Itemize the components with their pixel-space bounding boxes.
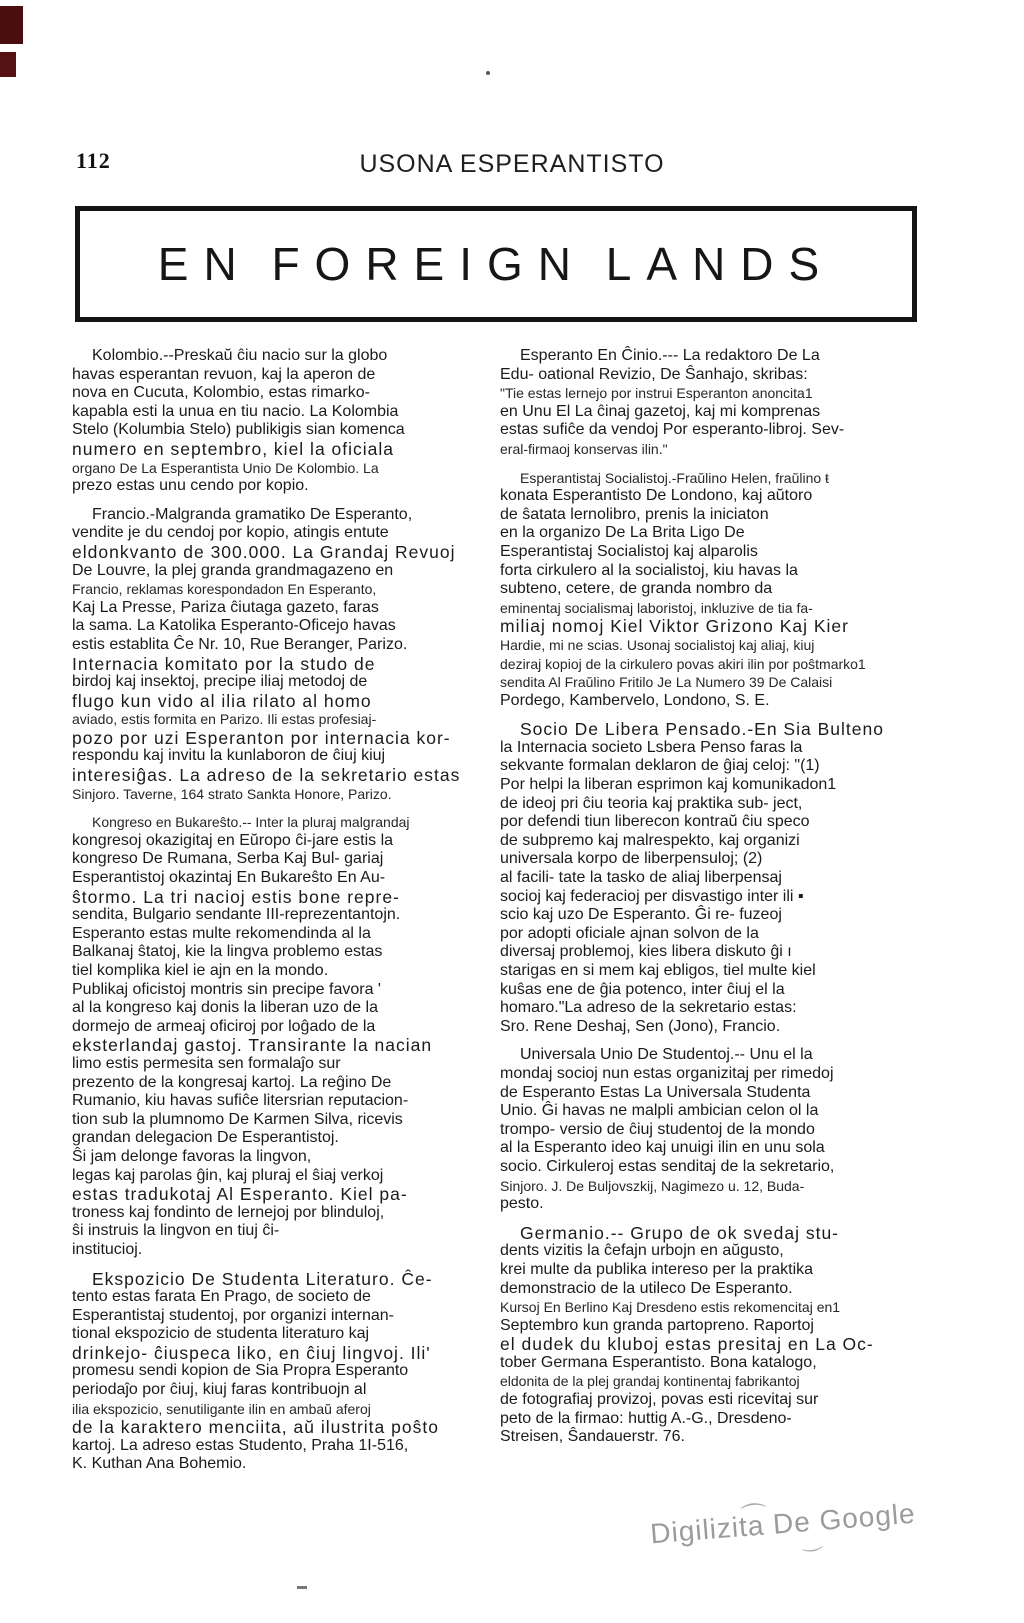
text-line: flugo kun vido al ilia rilato al homo <box>72 692 500 711</box>
text-line: por defendi tiun liberecon kontraŭ ĉiu s… <box>500 813 948 832</box>
text-line: K. Kuthan Ana Bohemio. <box>72 1455 500 1474</box>
banner-box: EN FOREIGN LANDS <box>75 206 917 322</box>
text-line: grandan delegacion De Esperantistoj. <box>72 1129 500 1148</box>
text-line: kuŝas ene de ĝia potenco, inter ĉiuj el … <box>500 981 948 1000</box>
text-line: de ŝatata lernolibro, prenis la iniciato… <box>500 506 948 525</box>
text-line: ŝi instruis la lingvon en tiuj ĉi- <box>72 1222 500 1241</box>
text-line: sekvante formalan deklaron de ĝiaj celoj… <box>500 757 948 776</box>
text-line: Streisen, Ŝandauerstr. 76. <box>500 1428 948 1447</box>
text-line: Ekspozicio De Studenta Literaturo. Ĉe- <box>72 1270 500 1289</box>
scan-artifact-mark <box>0 6 23 44</box>
text-line: Universala Unio De Studentoj.-- Unu el l… <box>500 1046 948 1065</box>
text-line: dents vizitis la ĉefajn urbojn en aŭgust… <box>500 1242 948 1261</box>
text-line: Rumanio, kiu havas sufiĉe litersrian rep… <box>72 1092 500 1111</box>
text-line: ilia ekspozicio, senutiligante ilin en a… <box>72 1400 500 1419</box>
text-line: pozo por uzi Esperanton por internacia k… <box>72 729 500 748</box>
text-line: prezento de la kongresaj kartoj. La reĝi… <box>72 1074 500 1093</box>
text-line: dormejo de armeaj oficiroj por loĝado de… <box>72 1018 500 1037</box>
text-line: al facili- tate la tasko de aliaj liberp… <box>500 869 948 888</box>
column-left: Kolombio.--Preskaŭ ĉiu nacio sur la glob… <box>72 347 500 1484</box>
text-line: sendita Al Fraŭlino Fritilo Je La Numero… <box>500 673 948 692</box>
paragraph: Esperanto En Ĉinio.--- La redaktoro De L… <box>500 347 948 459</box>
paragraph: Ekspozicio De Studenta Literaturo. Ĉe-te… <box>72 1270 500 1475</box>
text-line: la Internacia societo Lsbera Penso faras… <box>500 739 948 758</box>
watermark: Digilizita De Google ⌒ ⌒ <box>649 1498 917 1551</box>
text-line: promesu sendi kopion de Sia Propra Esper… <box>72 1362 500 1381</box>
text-line: Balkanaj ŝtatoj, kie la lingva problemo … <box>72 943 500 962</box>
text-line: mondaj socioj nun estas organizitaj per … <box>500 1065 948 1084</box>
text-line: eminentaj socialismaj laboristoj, inkluz… <box>500 599 948 618</box>
text-line: trompo- versio de ĉiuj studentoj de la m… <box>500 1121 948 1140</box>
text-line: Kursoj En Berlino Kaj Dresdeno estis rek… <box>500 1298 948 1317</box>
text-line: Esperantistaj Socialistoj kaj alparolis <box>500 543 948 562</box>
text-line: tento estas farata En Prago, de societo … <box>72 1288 500 1307</box>
text-line: Germanio.-- Grupo de ok svedaj stu- <box>500 1224 948 1243</box>
text-line: Ŝi jam delonge favoras la lingvon, <box>72 1148 500 1167</box>
paragraph: Francio.-Malgranda gramatiko De Esperant… <box>72 506 500 804</box>
paragraph: Germanio.-- Grupo de ok svedaj stu-dents… <box>500 1224 948 1447</box>
journal-title: USONA ESPERANTISTO <box>0 150 1024 179</box>
scan-speck <box>297 1586 307 1589</box>
text-line: pesto. <box>500 1195 948 1214</box>
text-line: interesiĝas. La adreso de la sekretario … <box>72 766 500 785</box>
text-line: konata Esperantisto De Londono, kaj aŭto… <box>500 487 948 506</box>
text-line: birdoj kaj insektoj, precipe iliaj metod… <box>72 673 500 692</box>
text-line: Por helpi la liberan esprimon kaj komuni… <box>500 776 948 795</box>
text-line: en Unu El La ĉinaj gazetoj, kaj mi kompr… <box>500 403 948 422</box>
text-line: la sama. La Katolika Esperanto-Oficejo h… <box>72 617 500 636</box>
text-line: diversaj problemoj, kies libera diskuto … <box>500 943 948 962</box>
text-line: Kolombio.--Preskaŭ ĉiu nacio sur la glob… <box>72 347 500 366</box>
text-line: Internacia komitato por la studo de <box>72 655 500 674</box>
scan-artifact-mark <box>0 52 16 77</box>
banner-title: EN FOREIGN LANDS <box>158 237 834 291</box>
text-line: "Tie estas lernejo por instrui Esperanto… <box>500 384 948 403</box>
text-line: numero en septembro, kiel la oficiala <box>72 440 500 459</box>
text-line: Esperantistaj Socialistoj.-Fraŭlino Hele… <box>500 469 948 488</box>
text-line: starigas en si mem kaj ebligos, tiel mul… <box>500 962 948 981</box>
text-line: Esperantistoj okazintaj En Bukareŝto En … <box>72 869 500 888</box>
text-line: prezo estas unu cendo por kopio. <box>72 477 500 496</box>
text-line: institucioj. <box>72 1241 500 1260</box>
text-line: de subpremo kaj malrespekto, kaj organiz… <box>500 832 948 851</box>
text-line: Hardie, mi ne scias. Usonaj socialistoj … <box>500 636 948 655</box>
watermark-text: Digilizita De Google <box>649 1498 917 1550</box>
text-line: estas sufiĉe da vendoj Por esperanto-lib… <box>500 421 948 440</box>
text-line: forta cirkulero al la socialistoj, kiu h… <box>500 562 948 581</box>
text-line: troness kaj fondinto de lernejoj por bli… <box>72 1204 500 1223</box>
text-line: deziraj kopioj de la cirkulero povas aki… <box>500 655 948 674</box>
paragraph: Esperantistaj Socialistoj.-Fraŭlino Hele… <box>500 469 948 711</box>
text-line: Septembro kun granda partopreno. Raporto… <box>500 1317 948 1336</box>
text-line: de la karaktero menciita, aŭ ilustrita p… <box>72 1418 500 1437</box>
text-line: havas esperantan revuon, kaj la aperon d… <box>72 366 500 385</box>
text-line: tober Germana Esperantisto. Bona katalog… <box>500 1354 948 1373</box>
text-line: socio. Cirkuleroj estas senditaj de la s… <box>500 1158 948 1177</box>
text-line: vendite je du cendoj por kopio, atingis … <box>72 524 500 543</box>
text-line: estas tradukotaj Al Esperanto. Kiel pa- <box>72 1185 500 1204</box>
text-line: Sinjoro. Taverne, 164 strato Sankta Hono… <box>72 785 500 804</box>
text-line: Unio. Ĝi havas ne malpli ambician celon … <box>500 1102 948 1121</box>
text-line: Esperanto En Ĉinio.--- La redaktoro De L… <box>500 347 948 366</box>
text-line: periodaĵo por ĉiuj, kiuj faras kontribuo… <box>72 1381 500 1400</box>
text-line: estis establita Ĉe Nr. 10, Rue Beranger,… <box>72 636 500 655</box>
text-line: sendita, Bulgario sendante III-reprezent… <box>72 906 500 925</box>
text-line: de ideoj pri ĉiu teoria kaj praktika sub… <box>500 795 948 814</box>
paragraph: Universala Unio De Studentoj.-- Unu el l… <box>500 1046 948 1213</box>
text-line: De Louvre, la plej granda grandmagazeno … <box>72 562 500 581</box>
text-line: socioj kaj federacioj per disvastigo int… <box>500 888 948 907</box>
text-line: tional ekspozicio de studenta literaturo… <box>72 1325 500 1344</box>
text-line: demonstracio de la utileco De Esperanto. <box>500 1280 948 1299</box>
text-line: tiel komplika kiel ie ajn en la mondo. <box>72 962 500 981</box>
text-line: de fotografiaj provizoj, povas esti rice… <box>500 1391 948 1410</box>
text-line: Esperanto estas multe rekomendinda al la <box>72 925 500 944</box>
text-line: kapabla esti la unua en tiu nacio. La Ko… <box>72 403 500 422</box>
watermark-artifact: ⌒ <box>797 1524 825 1558</box>
text-line: tion sub la plumnomo De Karmen Silva, ri… <box>72 1111 500 1130</box>
text-line: universala korpo de liberpensuloj; (2) <box>500 850 948 869</box>
text-line: Edu- oational Revizio, De Ŝanhajo, skrib… <box>500 366 948 385</box>
text-line: legas kaj parolas ĝin, kaj pluraj el ŝia… <box>72 1167 500 1186</box>
text-line: drinkejo- ĉiuspeca liko, en ĉiuj lingvoj… <box>72 1344 500 1363</box>
text-line: Esperantistaj studentoj, por organizi in… <box>72 1307 500 1326</box>
text-line: Francio.-Malgranda gramatiko De Esperant… <box>72 506 500 525</box>
paragraph: Socio De Libera Pensado.-En Sia Bultenol… <box>500 720 948 1036</box>
paragraph: Kongreso en Bukareŝto.-- Inter la pluraj… <box>72 813 500 1259</box>
text-line: al la kongreso kaj donis la liberan uzo … <box>72 999 500 1018</box>
text-line: kongreso De Rumana, Serba Kaj Bul- garia… <box>72 850 500 869</box>
text-line: ŝtormo. La tri nacioj estis bone repre- <box>72 888 500 907</box>
text-line: peto de la firmao: huttig A.-G., Dresden… <box>500 1410 948 1429</box>
text-line: aviado, estis formita en Parizo. Ili est… <box>72 710 500 729</box>
text-line: nova en Cucuta, Kolombio, estas rimarko- <box>72 384 500 403</box>
text-line: al la Esperanto ideo kaj unuigi ilin en … <box>500 1139 948 1158</box>
text-line: Sinjoro. J. De Buljovszkij, Nagimezo u. … <box>500 1177 948 1196</box>
text-line: Stelo (Kolumbia Stelo) publikigis sian k… <box>72 421 500 440</box>
text-line: Kongreso en Bukareŝto.-- Inter la pluraj… <box>72 813 500 832</box>
text-line: por adopti oficiale ajnan solvon de la <box>500 925 948 944</box>
text-line: de Esperanto Estas La Universala Student… <box>500 1084 948 1103</box>
text-line: Publikaj oficistoj montris sin precipe f… <box>72 981 500 1000</box>
text-line: eldonkvanto de 300.000. La Grandaj Revuo… <box>72 543 500 562</box>
text-line: scio kaj uzo De Esperanto. Ĝi re- fuzeoj <box>500 906 948 925</box>
paragraph: Kolombio.--Preskaŭ ĉiu nacio sur la glob… <box>72 347 500 496</box>
text-line: en la organizo De La Brita Ligo De <box>500 524 948 543</box>
text-line: organo De La Esperantista Unio De Kolomb… <box>72 459 500 478</box>
text-line: kongresoj okazigitaj en Eŭropo ĉi-jare e… <box>72 832 500 851</box>
text-line: respondu kaj invitu la kunlaboron de ĉiu… <box>72 747 500 766</box>
text-line: kartoj. La adreso estas Studento, Praha … <box>72 1437 500 1456</box>
text-line: Socio De Libera Pensado.-En Sia Bulteno <box>500 720 948 739</box>
text-line: el dudek du kluboj estas presitaj en La … <box>500 1335 948 1354</box>
text-line: miliaj nomoj Kiel Viktor Grizono Kaj Kie… <box>500 617 948 636</box>
text-line: homaro."La adreso de la sekretario estas… <box>500 999 948 1018</box>
text-line: eral-firmaoj konservas ilin." <box>500 440 948 459</box>
watermark-artifact: ⌒ <box>740 1495 770 1534</box>
text-line: krei multe da publika intereso per la pr… <box>500 1261 948 1280</box>
text-line: eldonita de la plej grandaj kontinentaj … <box>500 1372 948 1391</box>
text-line: subteno, cetere, de granda nombro da <box>500 580 948 599</box>
text-line: limo estis permesita sen formalaĵo sur <box>72 1055 500 1074</box>
text-line: Sro. Rene Deshaj, Sen (Jono), Francio. <box>500 1018 948 1037</box>
text-line: eksterlandaj gastoj. Transirante la naci… <box>72 1036 500 1055</box>
text-line: Pordego, Kambervelo, Londono, S. E. <box>500 692 948 711</box>
text-line: Kaj La Presse, Pariza ĉiutaga gazeto, fa… <box>72 599 500 618</box>
text-line: Francio, reklamas korespondadon En Esper… <box>72 580 500 599</box>
column-right: Esperanto En Ĉinio.--- La redaktoro De L… <box>500 347 948 1457</box>
scan-speck <box>486 71 490 75</box>
